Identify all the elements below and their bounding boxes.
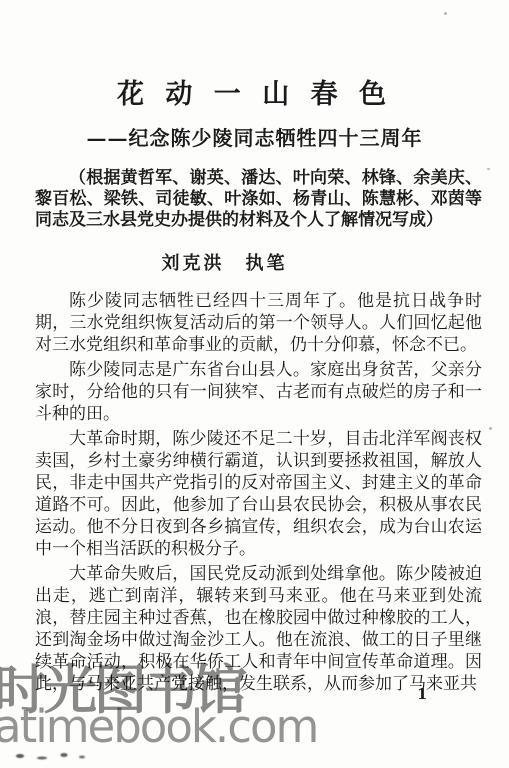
scanned-book-page: 花 动 一 山 春 色 ——纪念陈少陵同志牺牲四十三周年 （根据黄哲军、谢英、潘… [0, 0, 509, 768]
page-number: 1 [417, 685, 427, 703]
scan-smudge-mark [8, 748, 98, 764]
source-attribution-note: （根据黄哲军、谢英、潘达、叶向荣、林锋、余美庆、黎百松、梁铁、司徒敏、叶涤如、杨… [35, 168, 482, 231]
paragraph: 陈少陵同志牺牲已经四十三周年了。他是抗日战争时期，三水党组织恢复活动后的第一个领… [35, 290, 482, 356]
paragraph: 大革命时期，陈少陵还不足二十岁，目击北洋军阀丧权卖国，乡村土豪劣绅横行霸道，认识… [35, 428, 482, 560]
scan-speck [466, 520, 468, 522]
scan-speck [444, 12, 447, 15]
article-body: 陈少陵同志牺牲已经四十三周年了。他是抗日战争时期，三水党组织恢复活动后的第一个领… [35, 290, 482, 695]
scan-speck [487, 168, 490, 170]
website-watermark: atimebook.com [0, 700, 317, 753]
article-subtitle: ——纪念陈少陵同志牺牲四十三周年 [0, 122, 509, 151]
paragraph: 大革命失败后，国民党反动派到处缉拿他。陈少陵被迫出走，逃亡到南洋，辗转来到马来亚… [35, 563, 482, 695]
author-byline: 刘克洪 执笔 [0, 249, 449, 275]
paragraph: 陈少陵同志是广东省台山县人。家庭出身贫苦，父亲分家时，分给他的只有一间狭窄、古老… [35, 359, 482, 425]
article-title: 花 动 一 山 春 色 [0, 72, 509, 111]
scan-speck [489, 427, 492, 430]
